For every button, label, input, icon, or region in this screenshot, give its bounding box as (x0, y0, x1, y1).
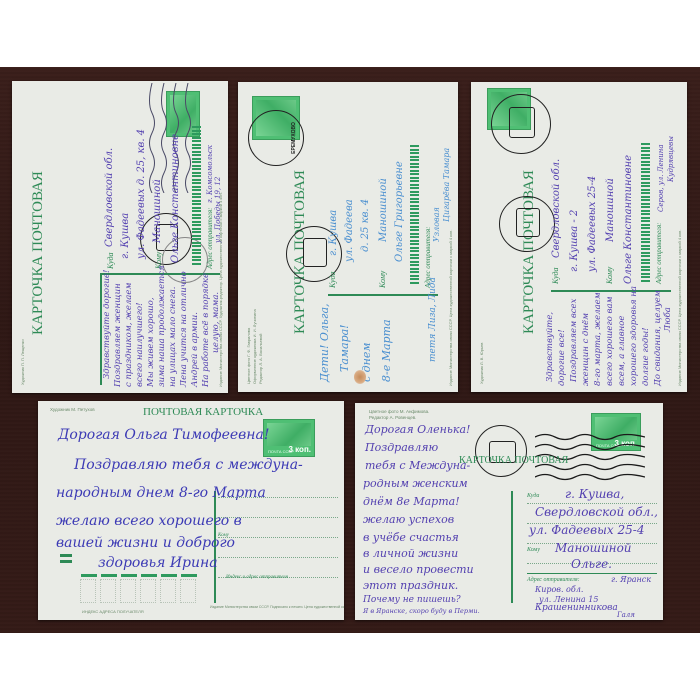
label-sender: Адрес отправителя: (206, 208, 214, 269)
stain (354, 370, 366, 384)
label-kuda: Куда (106, 252, 115, 269)
barcode-strip (410, 146, 419, 285)
card-title: КАРТОЧКА ПОЧТОВАЯ (459, 455, 568, 466)
postmark (499, 196, 555, 252)
card-title: КАРТОЧКА ПОЧТОВАЯ (30, 171, 47, 335)
stamp: ПОЧТА СССР 3 коп. (263, 419, 315, 457)
card-title: ПОЧТОВАЯ КАРТОЧКА (143, 406, 263, 418)
barcode-strip (192, 127, 201, 266)
postcard-top-right: Художник Л. В. Юрьев КАРТОЧКА ПОЧТОВАЯ К… (471, 82, 687, 392)
postmark: ЕРЕМУХОВО (248, 110, 304, 166)
label-sender: Адрес отправителя: (527, 577, 580, 583)
label-komu: Кому (527, 547, 540, 553)
label-kuda: Куда (527, 493, 539, 499)
card-title: КАРТОЧКА ПОЧТОВАЯ (521, 170, 538, 334)
postmark (491, 94, 551, 154)
postcard-top-left: Художник П. П. Лещенко КАРТОЧКА ПОЧТОВАЯ… (12, 81, 228, 393)
postcard-bottom-right: Цветное фото М. Анфимова. Редактор А. Ро… (355, 403, 663, 620)
postcard-top-middle: Цветное фото Г. Ф. Гаврилова Оформление … (238, 82, 458, 392)
postmark (475, 425, 527, 477)
barcode-strip (641, 144, 650, 283)
postcard-bottom-left: Художник М. Петухов ПОЧТОВАЯ КАРТОЧКА ПО… (38, 401, 344, 620)
label-sender: Индекс и адрес отправителя (226, 575, 288, 580)
card-credit: Художник П. П. Лещенко (20, 339, 25, 385)
postal-index-grid (80, 579, 196, 603)
